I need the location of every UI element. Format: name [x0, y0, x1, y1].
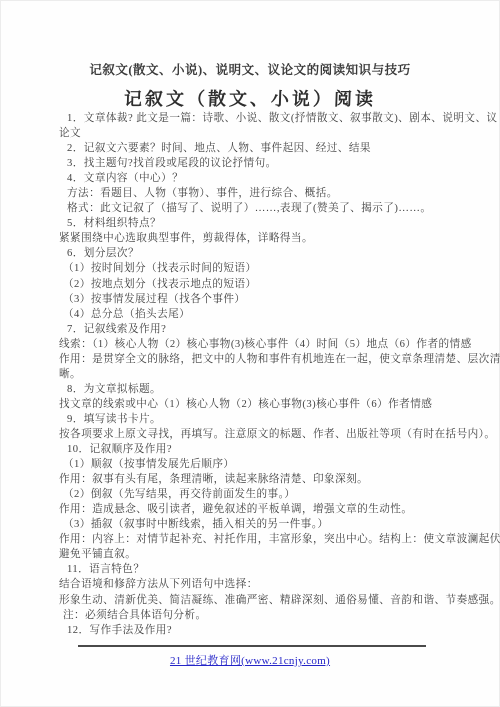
- text-line: 10．记叙顺序及作用?: [59, 442, 451, 457]
- text-line: 作用：是贯穿全文的脉络，把文中的人物和事件有机地连在一起，使文章条理清楚、层次清: [59, 352, 451, 367]
- text-line: 晰。: [59, 367, 451, 382]
- footer-divider: [78, 645, 426, 647]
- footer: 21 世纪教育网(www.21cnjy.com): [1, 651, 499, 669]
- text-line: 8．为文章拟标题。: [59, 382, 451, 397]
- footer-link[interactable]: 21 世纪教育网(www.21cnjy.com): [170, 655, 330, 667]
- text-line: 注：必须结合具体语句分析。: [59, 608, 451, 623]
- text-line: 作用：内容上：对情节起补充、衬托作用，丰富形象，突出中心。结构上：使文章波澜起伏…: [59, 532, 451, 547]
- text-line: 12．写作手法及作用?: [59, 623, 451, 638]
- text-line: 格式：此文记叙了（描写了、说明了）……,表现了(赞美了、揭示了)……。: [59, 201, 451, 216]
- text-line: （1）按时间划分（找表示时间的短语）: [59, 261, 451, 276]
- text-line: 找文章的线索或中心（1）核心人物（2）核心事物(3)核心事件（6）作者情感: [59, 397, 451, 412]
- text-line: 形象生动、清新优美、简洁凝练、准确严密、精辟深刻、通俗易懂、音韵和谐、节奏感强。: [59, 593, 451, 608]
- text-line: 3．找主题句?找首段或尾段的议论抒情句。: [59, 156, 451, 171]
- text-line: 紧紧围绕中心选取典型事件，剪裁得体，详略得当。: [59, 231, 451, 246]
- text-line: 方法：看题目、人物（事物）、事件，进行综合、概括。: [59, 186, 451, 201]
- document-page: 记叙文(散文、小说)、说明文、议论文的阅读知识与技巧 记叙文（散文、小说）阅读 …: [0, 0, 500, 707]
- text-line: 5．材料组织特点？: [59, 216, 451, 231]
- text-line: 9．填写读书卡片。: [59, 412, 451, 427]
- text-line: 按各项要求上原文寻找，再填写。注意原文的标题、作者、出版社等项（有时在括号内）。: [59, 427, 451, 442]
- document-subtitle: 记叙文（散文、小说）阅读: [1, 85, 500, 111]
- text-line: 论文: [59, 126, 451, 141]
- document-body: 1．文章体裁? 此文是一篇：诗歌、小说、散文(抒情散文、叙事散文)、剧本、说明文…: [59, 111, 451, 638]
- text-line: （4）总分总（掐头去尾）: [59, 307, 451, 322]
- text-line: 4．文章内容（中心）？: [59, 171, 451, 186]
- text-line: （1）顺叙（按事情发展先后顺序）: [59, 457, 451, 472]
- text-line: 结合语境和修辞方法从下列语句中选择：: [59, 577, 451, 592]
- text-line: 7．记叙线索及作用?: [59, 322, 451, 337]
- text-line: 避免平铺直叙。: [59, 547, 451, 562]
- text-line: 1．文章体裁? 此文是一篇：诗歌、小说、散文(抒情散文、叙事散文)、剧本、说明文…: [59, 111, 451, 126]
- text-line: 作用：造成悬念、吸引读者，避免叙述的平板单调，增强文章的生动性。: [59, 502, 451, 517]
- text-line: （2）按地点划分（找表示地点的短语）: [59, 277, 451, 292]
- text-line: 11．语言特色？: [59, 562, 451, 577]
- text-line: （3）按事情发展过程（找各个事件）: [59, 292, 451, 307]
- text-line: 6．划分层次？: [59, 246, 451, 261]
- text-line: 作用：叙事有头有尾，条理清晰，读起来脉络清楚、印象深刻。: [59, 472, 451, 487]
- text-line: 线索：（1）核心人物（2）核心事物(3)核心事件（4）时间（5）地点（6）作者的…: [59, 337, 451, 352]
- text-line: 2．记叙文六要素？时间、地点、人物、事件起因、经过、结果: [59, 141, 451, 156]
- text-line: （3）插叙（叙事时中断线索，插入相关的另一件事。）: [59, 517, 451, 532]
- document-title: 记叙文(散文、小说)、说明文、议论文的阅读知识与技巧: [1, 60, 499, 78]
- text-line: （2）倒叙（先写结果，再交待前面发生的事。）: [59, 487, 451, 502]
